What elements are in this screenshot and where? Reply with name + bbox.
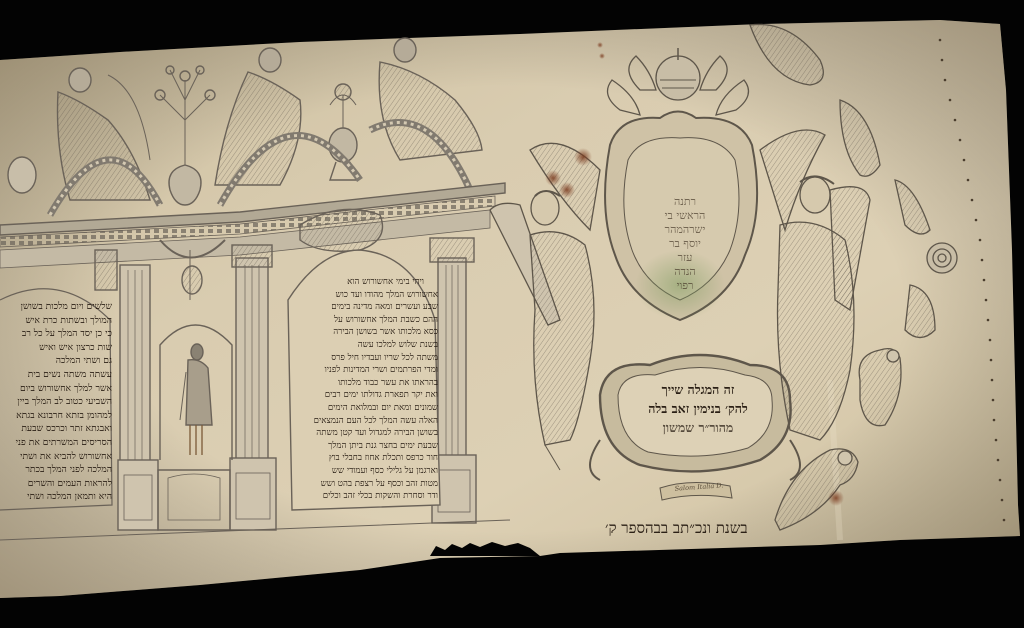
text-line: ויהי בימי אחשורוש הוא xyxy=(292,276,438,289)
text-line: למהומן בזתא חרבונא בגתא xyxy=(0,409,112,423)
text-line: רפוי xyxy=(640,279,730,293)
text-line: שבע ועשרים ומאה מדינה בימים xyxy=(292,301,438,314)
text-line: שבעת ימים בחצר גנת ביתן המלך xyxy=(292,440,438,453)
text-line: ומדי הפרתמים ושרי המדינות לפניו xyxy=(292,364,438,377)
text-line: זה המגלה שייך xyxy=(628,380,768,399)
text-line: אחשורוש המלך מהודו ועד כוש xyxy=(292,289,438,302)
text-line: וארגמן על גלילי כסף ועמודי שש xyxy=(292,465,438,478)
text-line: בהראתו את עשר כבוד מלכותו xyxy=(292,377,438,390)
text-line: להק׳ בנימין זאב בלה xyxy=(628,399,768,418)
text-line: המלכה לפני המלך בכתר xyxy=(0,463,112,477)
text-line: המולך ובשתות כרת איש xyxy=(0,314,112,328)
text-line: עשתה משתה נשים בית xyxy=(0,368,112,382)
scroll-artwork xyxy=(0,0,1024,628)
text-line: ואבגתא זתר וכרכס שבעת xyxy=(0,422,112,436)
text-line: שמונים ומאת יום ובמלואת הימים xyxy=(292,402,438,415)
text-line: הראשי בי xyxy=(640,209,730,223)
text-line: השביעי כטוב לב המלך ביין xyxy=(0,395,112,409)
text-line: משתה לכל שריו ועבדיו חיל פרס xyxy=(292,352,438,365)
text-line: יוסף בר xyxy=(640,237,730,251)
text-line: ואת יקר תפארת גדולתו ימים רבים xyxy=(292,389,438,402)
text-line: ישרהמהר xyxy=(640,223,730,237)
text-line: הנדה xyxy=(640,265,730,279)
text-line: האלה עשה המלך לכל העם הנמצאים xyxy=(292,415,438,428)
text-line: גם ושתי המלכה xyxy=(0,354,112,368)
text-line: בשושן הבירה למגדול ועד קטן משתה xyxy=(292,427,438,440)
text-line: ודר וסחרת והשקות בכלי זהב וכלים xyxy=(292,490,438,503)
text-line: אשר למלך אחשורוש ביום xyxy=(0,382,112,396)
text-line: היא ותמאן המלכה ושתי xyxy=(0,490,112,504)
text-line: כי כן יסד המלך על כל רב xyxy=(0,327,112,341)
left-text-column: שלשים ויום מלכות בשושן המולך ובשתות כרת … xyxy=(0,300,112,510)
colophon-text: בשנת ונכ״תב בבהספר ק׳ xyxy=(605,519,748,538)
text-line: הסריסים המשרתים את פני xyxy=(0,436,112,450)
text-line: מהור״ר שמשון xyxy=(628,418,768,437)
center-text-column: ויהי בימי אחשורוש הוא אחשורוש המלך מהודו… xyxy=(292,276,438,506)
text-line: רתנה xyxy=(640,195,730,209)
photo-stage: שלשים ויום מלכות בשושן המולך ובשתות כרת … xyxy=(0,0,1024,628)
text-line: להראות העמים והשרים xyxy=(0,477,112,491)
text-line: מטות זהב וכסף על רצפת בהט ושש xyxy=(292,478,438,491)
text-line: חור כרפס ותכלת אחוז בחבלי בוץ xyxy=(292,452,438,465)
text-line: בשנת שלוש למלכו עשה xyxy=(292,339,438,352)
lower-cartouche-text: זה המגלה שייך להק׳ בנימין זאב בלה מהור״ר… xyxy=(628,380,768,437)
text-line: שלשים ויום מלכות בשושן xyxy=(0,300,112,314)
text-line: אחשורוש להביא את ושתי xyxy=(0,450,112,464)
text-line: שות כרצון איש ואיש xyxy=(0,341,112,355)
text-line: עזר xyxy=(640,251,730,265)
text-line: ההם כשבת המלך אחשורוש על xyxy=(292,314,438,327)
text-line: כסא מלכותו אשר בשושן הבירה xyxy=(292,326,438,339)
upper-cartouche-text: רתנה הראשי בי ישרהמהר יוסף בר עזר הנדה ר… xyxy=(640,195,730,293)
